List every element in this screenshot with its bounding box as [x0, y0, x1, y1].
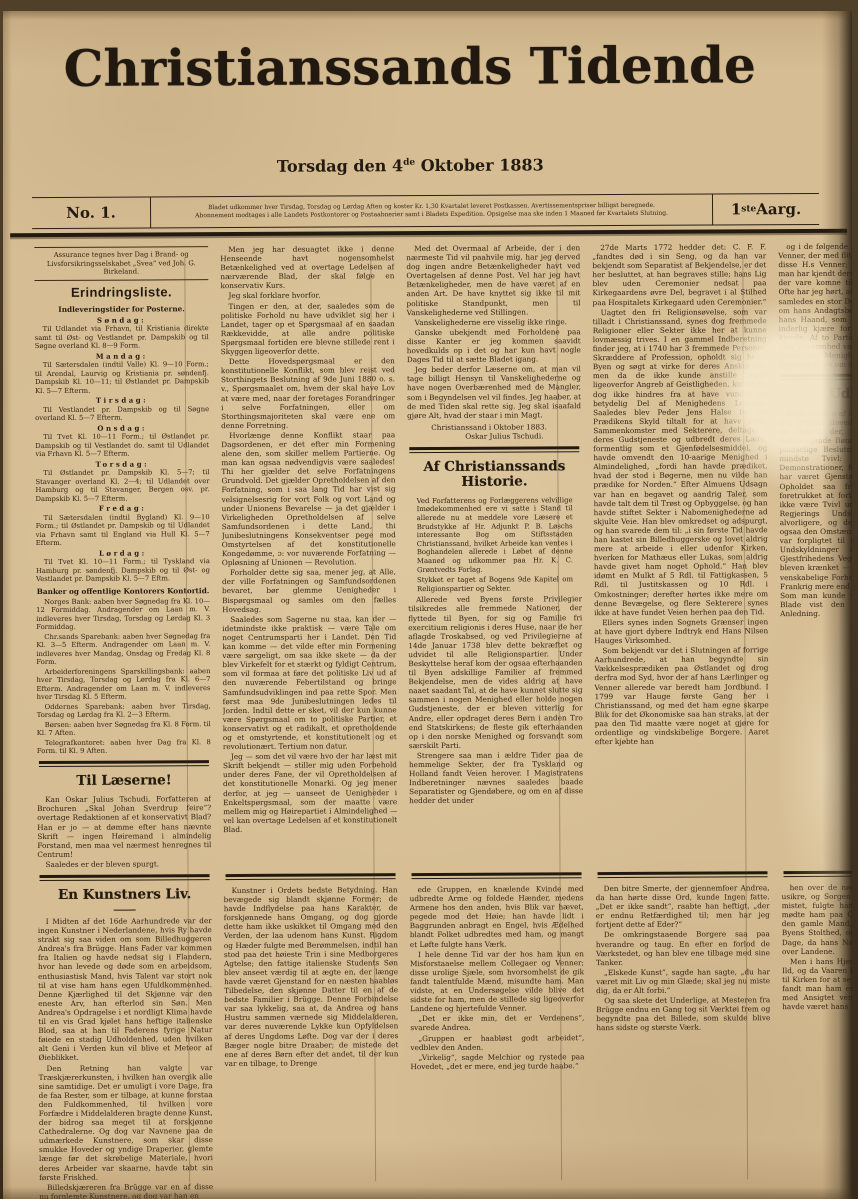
bank-entry: Oddernes Sparebank: aaben hver Tirsdag, …: [37, 702, 211, 720]
feuilleton-dialogue: „Virkelig“, sagde Melchior og rystede pa…: [410, 1052, 584, 1071]
section-divider: [409, 446, 579, 453]
feuilleton-dialogue: „Det er ikke min, det er Verdenens“, sva…: [410, 1014, 584, 1033]
volume-num: 1: [731, 200, 742, 218]
masthead-title: Christianssands Tidende: [3, 37, 816, 96]
section-divider: [39, 760, 209, 767]
article-paragraph: Strengere saa man i ældre Tider paa de h…: [409, 750, 583, 805]
article-paragraph: Ganske ubekjendt med Forholdene paa diss…: [407, 327, 581, 364]
feuilleton-paragraph: ede Gruppen, en knælende Kvinde med udbr…: [410, 884, 584, 949]
article-paragraph: Jeg — som det vil være hvo der har læst …: [223, 751, 397, 834]
section-divider: [226, 873, 396, 880]
article-paragraph: Som bekjendt var det i Slutningen af for…: [594, 645, 769, 746]
section-divider: [40, 874, 210, 881]
article-paragraph: Jeg skal forklare hvorfor.: [220, 291, 394, 301]
feuilleton-paragraph: Den bitre Smerte, der gjennemfoer Andrea…: [596, 883, 770, 929]
feuilleton-paragraph: I hele denne Tid var der hos ham kun en …: [410, 949, 584, 1014]
page-edge-shadow: [3, 11, 852, 20]
article-paragraph: Men jeg har desuagtet ikke i denne Hense…: [220, 244, 394, 290]
section-header-til-laeserne: Til Læserne!: [37, 773, 211, 789]
bank-entry: Telegrafkontoret: aaben hver Dag fra Kl.…: [37, 738, 211, 756]
masthead-rule: [10, 229, 847, 237]
article-paragraph: Tingen er den, at der, saaledes som de p…: [221, 301, 395, 356]
schedule-text: Til Østlandet pr. Dampskib Kl. 5—7; til …: [35, 468, 209, 503]
page-edge-shadow: [3, 11, 12, 1199]
article-paragraph: Forholder dette sig saa, mener jeg, at A…: [222, 567, 396, 613]
article-paragraph: Med det Overmaal af Arbeide, der i den n…: [406, 243, 580, 317]
feuilleton-dialogue: „Gruppen er haabløst godt arbeidet“, ved…: [410, 1033, 584, 1052]
issue-header-row: No. 1. Bladet udkommer hver Tirsdag, Tor…: [32, 193, 819, 229]
volume-suffix: Aarg.: [756, 200, 801, 218]
schedule-text: Til Vestlandet pr. Dampskib og til Søgne…: [35, 405, 209, 423]
issue-number: No. 1.: [32, 197, 150, 228]
subscription-notice: Bladet udkommer hver Tirsdag, Torsdag og…: [150, 195, 713, 228]
page-edge-shadow: [3, 1187, 852, 1199]
section-divider: [412, 872, 582, 879]
feuilleton-paragraph: Og saa skete det Underlige, at Mesteren …: [596, 995, 770, 1032]
volume-number: 1ste Aarg.: [713, 194, 819, 225]
assurance-notice: Assurance tegnes hver Dag i Brand- og Li…: [34, 246, 208, 281]
article-paragraph: Kan Oskar Julius Tschudi, Forfatteren af…: [37, 794, 211, 859]
history-note: Stykket er taget af Bogens 9de Kapitel o…: [408, 575, 582, 593]
schedule-text: Til Sætersdalen (indtil Valle) Kl. 9—10 …: [35, 360, 209, 395]
date-text: Torsdag den 4: [277, 156, 403, 176]
history-intro: Ved Forfatterens og Forlæggerens velvill…: [408, 496, 582, 574]
subscription-notice-line2: Abonnement modtages i alle Landets Postk…: [161, 210, 702, 221]
feuilleton-paragraph: I Midten af det 16de Aarhundrede var der…: [38, 916, 213, 1062]
article-paragraph: Vanskelighederne ere visselig ikke ringe…: [407, 317, 581, 327]
section-header-historie: Af Christianssands Historie.: [407, 459, 581, 491]
schedule-text: Til Udlandet via Frhavn, til Kristiania …: [35, 324, 209, 350]
section-divider: [598, 871, 768, 878]
date-line: Torsdag den 4de Oktober 1883: [4, 156, 817, 176]
newspaper-page: Christianssands Tidende Torsdag den 4de …: [3, 11, 852, 1199]
header-ornament: [114, 909, 136, 911]
feuilleton-paragraph: Den Retning han valgte var Træskjærerkun…: [39, 1063, 214, 1182]
newspaper-photo: Christianssands Tidende Torsdag den 4de …: [0, 0, 858, 1199]
article-paragraph: Hvorlænge denne Konflikt staar paa Dagso…: [221, 430, 396, 567]
feuilleton-paragraph: „Elskede Kunst“, sagde han sagte, „du ha…: [596, 967, 770, 995]
bank-entry: Børsen: aaben hver Søgnedag fra Kl. 8 Fo…: [37, 720, 211, 738]
date-ordinal: de: [403, 158, 415, 168]
bank-entry: Norges Bank: aaben hver Søgnedag fra Kl.…: [36, 597, 210, 632]
article-paragraph: Jeg beder derfor Læserne om, at man vil …: [407, 364, 581, 419]
post-times-subhead: Indleveringstider for Posterne.: [35, 304, 209, 314]
article-paragraph: Saaledes som Sagerne nu staa, kan der — …: [222, 614, 397, 751]
article-paragraph: Allerede ved Byens første Privilegier ti…: [408, 595, 583, 751]
date-rest: Oktober 1883: [415, 155, 544, 175]
schedule-text: Til Tvet Kl. 10—11 Form.; til Tyskland v…: [36, 557, 210, 583]
signature-name: Oskar Julius Tschudi.: [407, 431, 581, 441]
volume-ordinal: ste: [741, 204, 756, 214]
section-header-erindringsliste: Erindringsliste.: [34, 285, 208, 299]
page-edge-shadow: [822, 11, 852, 1199]
bank-hours-subhead: Banker og offentlige Kontorers Kontortid…: [36, 586, 210, 596]
article-paragraph: Ellers synes inden Sognets Grænser ingen…: [594, 617, 768, 645]
feuilleton-paragraph: Kunstner i Ordets bedste Betydning. Han …: [224, 885, 399, 1068]
section-header-en-kunstners-liv: En Kunstners Liv.: [38, 887, 212, 903]
schedule-text: Til Tvet Kl. 10—11 Form.; til Østlandet …: [35, 432, 209, 458]
schedule-text: Til Sætersdalen (indtil Bygland) Kl. 9—1…: [36, 513, 210, 548]
bank-entry: Arbeiderforeningens Sparskillingsbank: a…: [36, 667, 210, 702]
article-paragraph: Dette Hovedspørgsmaal er den konstitutio…: [221, 356, 395, 430]
bank-entry: Chr.sands Sparebank: aaben hver Søgnedag…: [36, 632, 210, 667]
article-paragraph: Saaledes er der bleven spurgt.: [37, 859, 211, 869]
printed-area: Christianssands Tidende Torsdag den 4de …: [3, 11, 852, 1199]
feuilleton-paragraph: De omkringstaaende Borgere saa paa hvera…: [596, 930, 770, 967]
